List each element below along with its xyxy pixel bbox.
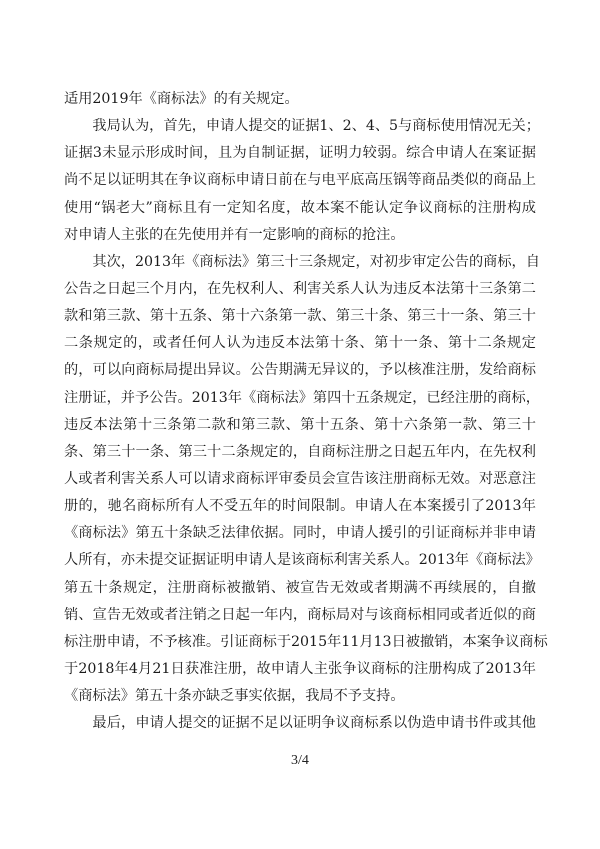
text-line: 二条规定的，或者任何人认为违反本法第十条、第十一条、第十二条规定 [64,330,536,357]
text-line: 标注册申请，不予核准。引证商标于2015年11月13日被撤销，本案争议商标 [64,629,536,656]
text-line: 《商标法》第五十条缺乏法律依据。同时，申请人援引的引证商标并非申请 [64,520,536,547]
text-line: 我局认为，首先，申请人提交的证据1、2、4、5与商标使用情况无关； [64,113,536,140]
text-line: 其次，2013年《商标法》第三十三条规定，对初步审定公告的商标，自 [64,249,536,276]
text-line: 条、第三十一条、第三十二条规定的，自商标注册之日起五年内，在先权利 [64,439,536,466]
page-number: 3/4 [0,753,600,769]
text-line: 于2018年4月21日获准注册，故申请人主张争议商标的注册构成了2013年 [64,656,536,683]
text-line: 人或者利害关系人可以请求商标评审委员会宣告该注册商标无效。对恶意注 [64,466,536,493]
text-line: 册的，驰名商标所有人不受五年的时间限制。申请人在本案援引了2013年 [64,493,536,520]
text-line: 违反本法第十三条第二款和第三款、第十五条、第十六条第一款、第三十 [64,412,536,439]
text-line: 注册证，并予公告。2013年《商标法》第四十五条规定，已经注册的商标， [64,385,536,412]
text-line: 公告之日起三个月内，在先权利人、利害关系人认为违反本法第十三条第二 [64,276,536,303]
text-line: 适用2019年《商标法》的有关规定。 [64,86,536,113]
text-line: 款和第三款、第十五条、第十六条第一款、第三十条、第三十一条、第三十 [64,303,536,330]
text-line: 尚不足以证明其在争议商标申请日前在与电平底高压锅等商品类似的商品上 [64,167,536,194]
text-line: 人所有，亦未提交证据证明申请人是该商标利害关系人。2013年《商标法》 [64,547,536,574]
text-line: 《商标法》第五十条亦缺乏事实依据，我局不予支持。 [64,683,536,710]
text-line: 对申请人主张的在先使用并有一定影响的商标的抢注。 [64,222,536,249]
text-line: 第五十条规定，注册商标被撤销、被宣告无效或者期满不再续展的，自撤 [64,575,536,602]
text-line: 最后，申请人提交的证据不足以证明争议商标系以伪造申请书件或其他 [64,710,536,737]
text-line: 销、宣告无效或者注销之日起一年内，商标局对与该商标相同或者近似的商 [64,602,536,629]
document-body: 适用2019年《商标法》的有关规定。我局认为，首先，申请人提交的证据1、2、4、… [64,86,536,737]
text-line: 使用“锅老大”商标且有一定知名度，故本案不能认定争议商标的注册构成 [64,195,536,222]
text-line: 的，可以向商标局提出异议。公告期满无异议的，予以核准注册，发给商标 [64,357,536,384]
text-line: 证据3未显示形成时间，且为自制证据，证明力较弱。综合申请人在案证据 [64,140,536,167]
